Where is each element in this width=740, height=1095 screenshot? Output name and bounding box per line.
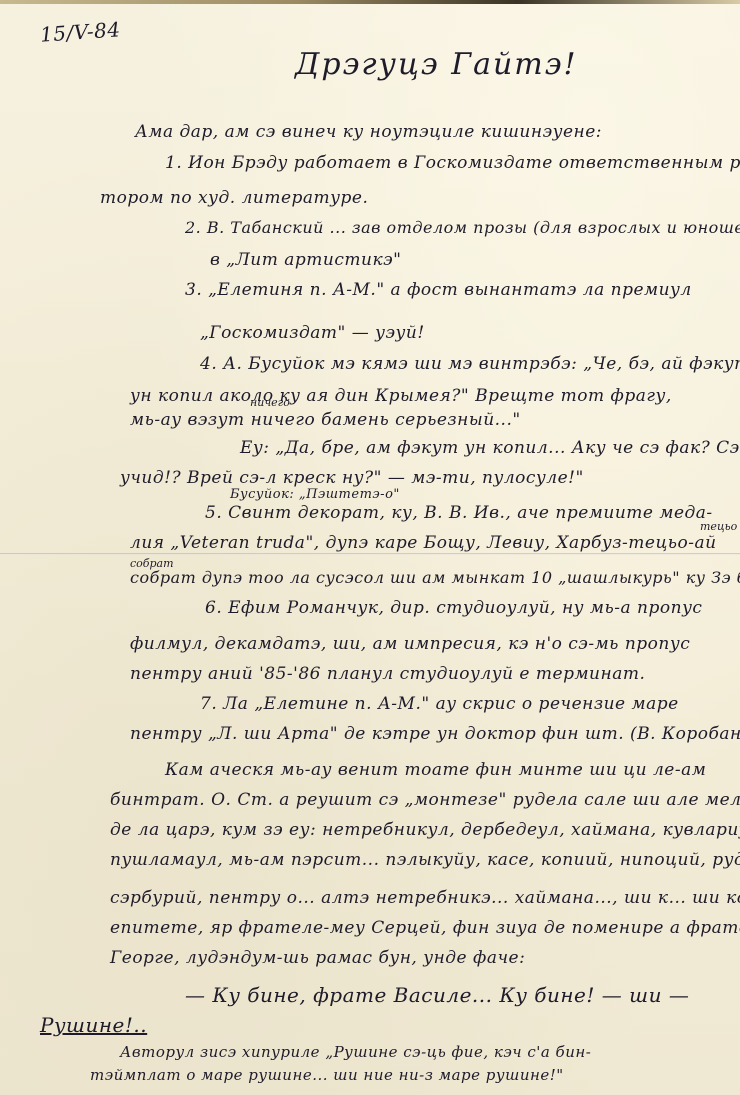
text-line-14: 5. Свинт декорат, ку, В. В. Ив., аче пре… [205,505,713,522]
text-line-10: мь-ау вэзут ничего бамень серьезный..." [130,412,521,429]
text-line-5: в „Лит артистикэ" [210,252,401,269]
text-line-17: 6. Ефим Романчук, дир. студиоулуй, ну мь… [205,600,702,617]
text-line-15: лия „Veteran truda", дупэ каре Бощу, Лев… [130,535,717,552]
text-line-1: Ама дар, ам сэ винеч ку ноутэциле кишинэ… [135,124,602,141]
text-line-7: „Госкомиздат" — уэуй! [200,325,425,342]
text-line-9: ун копил аколо ку ая дин Крымея?" Врещте… [130,388,672,405]
text-line-19: пентру аний '85-'86 планул студиоулуй е … [130,666,645,683]
letter-page: 15/V-84 Дрэгуцэ Гайтэ! Ама дар, ам сэ ви… [0,0,740,1095]
text-line-31: Авторул зисэ хипуриле „Рушине сэ-ць фие,… [120,1045,591,1060]
letter-date: 15/V-84 [39,19,121,45]
text-line-22: Кам аческя мь-ау венит тоате фин минте ш… [165,762,706,779]
annotation-above-line-15: тецьо [700,520,737,533]
text-line-3: тором по худ. литературе. [100,190,368,207]
text-line-27: епитете, яр фрателе-меу Серцей, фин зиуа… [110,920,740,937]
text-line-20: 7. Ла „Елетине п. А-М." ау скрис о речен… [200,696,679,713]
text-line-8: 4. А. Бусуйок мэ кямэ ши мэ винтрэбэ: „Ч… [200,356,740,373]
text-line-18: филмул, декамдатэ, ши, ам импресия, кэ н… [130,636,690,653]
text-line-13: Бусуйок: „Пэштетэ-о" [230,488,400,501]
text-line-30: Рушине!.. [40,1015,147,1035]
text-line-16: собрат дупэ тоо ла сусэсол ши ам мынкат … [130,570,740,586]
text-line-28: Георге, лудэндум-шь рамас бун, унде фаче… [110,950,525,967]
text-line-2: 1. Ион Брэду работает в Госкомиздате отв… [165,155,740,172]
text-line-32: тэймплат о маре рушине... ши ние ни-з ма… [90,1068,564,1083]
text-line-25: пушламаул, мь-ам пэрсит... пэлыкуйу, кас… [110,852,740,869]
text-line-23: бинтрат. О. Ст. а реушит сэ „монтезе" ру… [110,792,740,809]
text-line-29: — Ку бине, фрате Василе... Ку бине! — ши… [185,985,689,1005]
text-line-6: 3. „Елетиня п. А-М." а фост вынантатэ ла… [185,282,692,299]
text-line-21: пентру „Л. ши Арта" де кэтре ун доктор ф… [130,726,740,743]
annotation-above-line-10: ничего [250,396,290,409]
text-line-11: Еу: „Да, бре, ам фэкут ун копил... Аку ч… [240,440,740,457]
text-line-26: сэрбурий, пентру о... алтэ нетребникэ...… [110,890,740,907]
letter-greeting: Дрэгуцэ Гайтэ! [295,50,578,80]
text-line-12: учид!? Врей сэ-л креск ну?" — мэ-ти, пул… [120,470,584,487]
text-line-24: де ла царэ, кум зэ еу: нетребникул, дерб… [110,822,740,839]
paper-fold-line [0,553,740,555]
text-line-4: 2. В. Табанский ... зав отделом прозы (д… [185,220,740,236]
paper-top-edge [0,0,740,4]
